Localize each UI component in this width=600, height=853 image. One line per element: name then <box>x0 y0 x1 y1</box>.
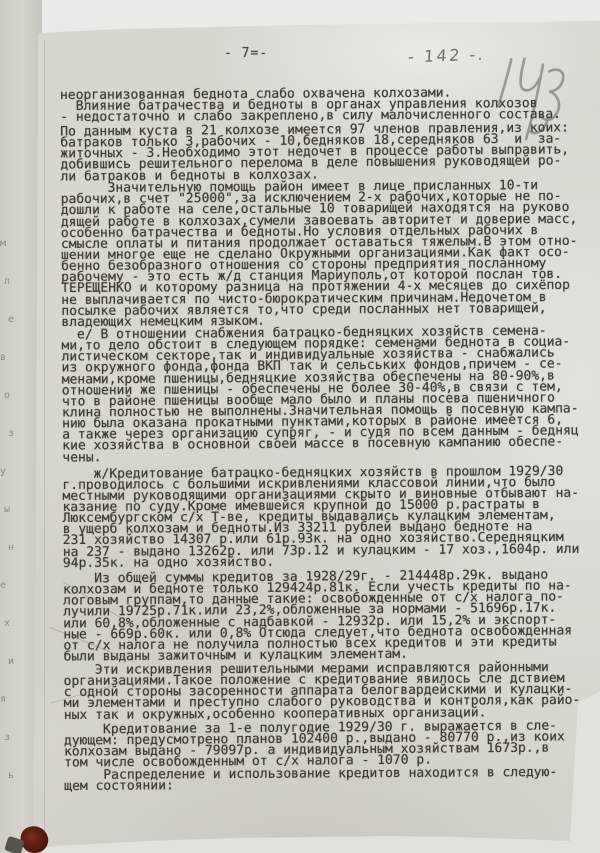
edge-fragment: в <box>0 352 6 363</box>
paragraph: По данным куста в 21 колхозе имеется 97 … <box>60 123 596 183</box>
paragraph: Эти искривления решительными мерами испр… <box>64 662 600 721</box>
paragraph: Распределение и использование кредитов н… <box>64 767 600 793</box>
edge-fragment: е <box>8 314 14 325</box>
edge-fragment: з <box>8 428 14 439</box>
edge-fragment: з <box>4 732 10 743</box>
typed-text-body: неорганизованная беднота слабо охвачена … <box>60 87 600 793</box>
edge-fragment: м <box>0 238 6 249</box>
crease-line <box>44 40 45 840</box>
paragraph: неорганизованная беднота слабо охвачена … <box>60 87 596 124</box>
edge-fragment: я <box>0 694 6 705</box>
edge-fragment: ь <box>8 770 14 781</box>
document-scan: млевозуынехиязь - 7=- - 142 -. неорганиз… <box>0 0 600 853</box>
edge-fragment: н <box>8 542 14 553</box>
paragraph: Из общей суммы кредитов за 1928/29г. - 2… <box>63 569 600 663</box>
edge-fragment: ы <box>4 504 10 515</box>
edge-fragment: е <box>0 580 6 591</box>
edge-fragment: о <box>4 390 10 401</box>
edge-fragment: у <box>0 466 6 477</box>
paper-sheet: - 7=- - 142 -. неорганизованная беднота … <box>0 0 600 853</box>
page-number-typed: - 7=- <box>224 46 268 61</box>
paragraph: ж/Кредитование батрацко-бедняцких хозяйс… <box>62 465 599 569</box>
edge-fragment: и <box>8 656 14 667</box>
paragraph: Значительную помощь район имеет в лице п… <box>61 180 598 328</box>
page-number-penciled: - 142 -. <box>407 45 486 67</box>
paragraph: Кредитование за 1-е полугодие 1929/30 г.… <box>64 720 600 769</box>
paragraph: е/ В отношении снабжения батрацко-бедняц… <box>61 325 598 463</box>
edge-fragment: л <box>4 276 10 287</box>
typed-line: кие хозяйства в основной своей массе в п… <box>62 437 598 453</box>
edge-fragment: х <box>4 618 10 629</box>
